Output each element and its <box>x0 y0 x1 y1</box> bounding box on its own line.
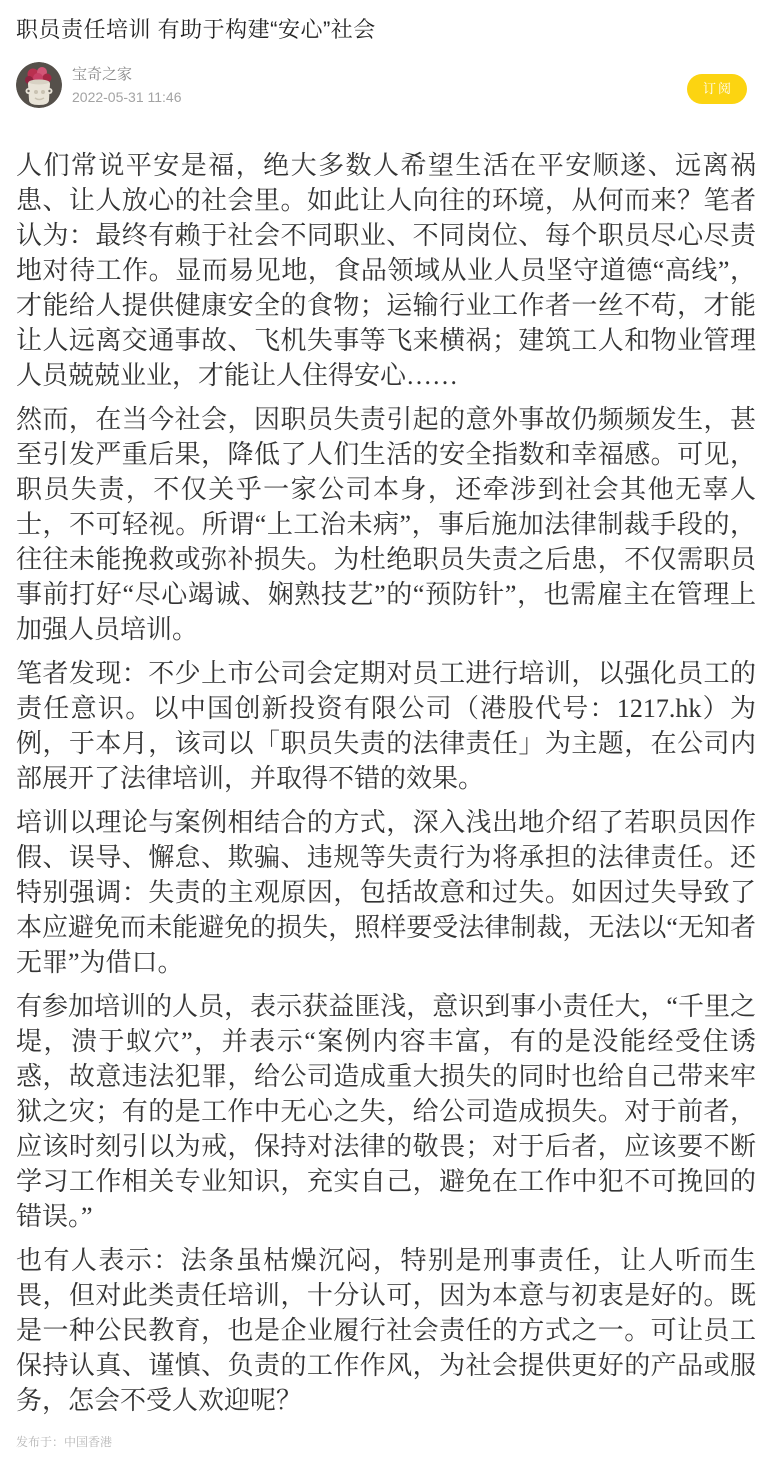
paragraph: 有参加培训的人员，表示获益匪浅，意识到事小责任大，“千里之堤，溃于蚁穴”，并表示… <box>16 989 756 1234</box>
author-row: 宝奇之家 2022-05-31 11:46 订阅 <box>16 62 756 108</box>
avatar[interactable] <box>16 62 62 108</box>
paragraph: 培训以理论与案例相结合的方式，深入浅出地介绍了若职员因作假、误导、懈怠、欺骗、违… <box>16 805 756 980</box>
author-meta: 宝奇之家 2022-05-31 11:46 <box>72 66 182 105</box>
flower-pot-avatar-image <box>16 62 62 108</box>
subscribe-button[interactable]: 订阅 <box>687 74 747 104</box>
publish-time: 2022-05-31 11:46 <box>72 89 182 105</box>
paragraph: 人们常说平安是福，绝大多数人希望生活在平安顺遂、远离祸患、让人放心的社会里。如此… <box>16 148 756 393</box>
paragraph: 也有人表示：法条虽枯燥沉闷，特别是刑事责任，让人听而生畏，但对此类责任培训，十分… <box>16 1243 756 1418</box>
article-body: 人们常说平安是福，绝大多数人希望生活在平安顺遂、远离祸患、让人放心的社会里。如此… <box>16 148 756 1418</box>
article-page: 职员责任培训 有助于构建“安心”社会 <box>0 16 772 1470</box>
paragraph: 笔者发现：不少上市公司会定期对员工进行培训，以强化员工的责任意识。以中国创新投资… <box>16 656 756 796</box>
author-name[interactable]: 宝奇之家 <box>72 66 182 83</box>
page-title: 职员责任培训 有助于构建“安心”社会 <box>16 16 756 44</box>
paragraph: 然而，在当今社会，因职员失责引起的意外事故仍频频发生，甚至引发严重后果，降低了人… <box>16 402 756 647</box>
publish-location: 发布于：中国香港 <box>16 1434 756 1470</box>
